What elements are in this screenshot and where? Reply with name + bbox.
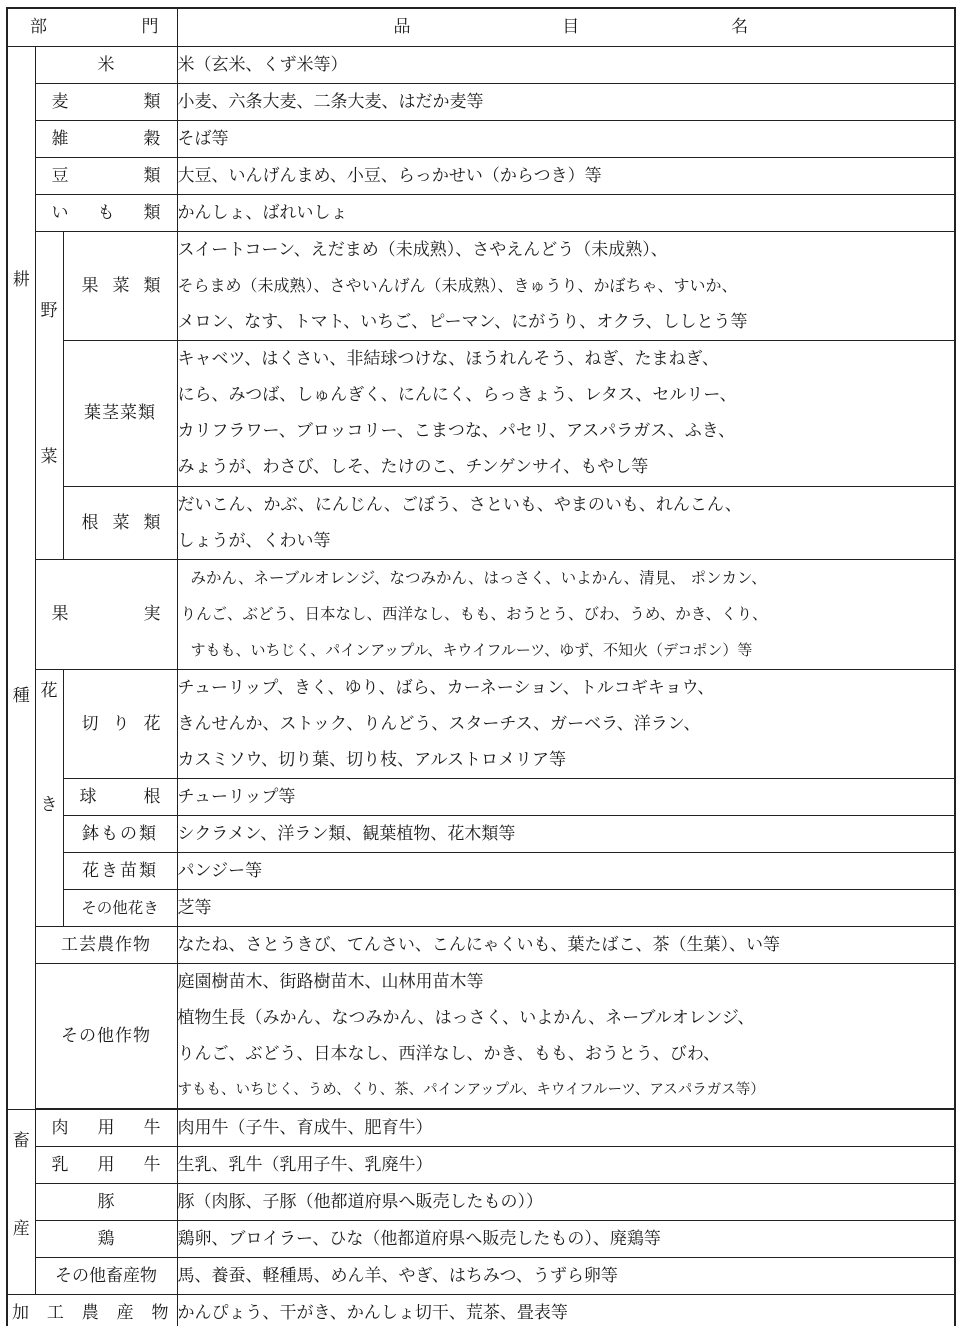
table-row: 工芸農作物 なたね、さとうきび、てんさい、こんにゃくいも、葉たばこ、茶（生葉）、… [7, 926, 955, 963]
label-char: も [98, 195, 115, 231]
category-other-crops: その他作物 [35, 963, 177, 1108]
item-line: みかん、ネーブルオレンジ、なつみかん、はっさく、いよかん、清見、 ポンカン、 [181, 560, 955, 596]
item-line: すもも、いちじく、うめ、くり、茶、パインアップル、キウイフルーツ、アスパラガス等… [178, 1072, 955, 1108]
table-row: 麦類 小麦、六条大麦、二条大麦、はだか麦等 [7, 83, 955, 120]
item-line: しょうが、くわい等 [178, 523, 955, 559]
header-items-char: 品 [393, 9, 410, 45]
items-fruit-veg: スイートコーン、えだまめ（未成熟）、さやえんどう（未成熟）、 そらまめ（未成熟）… [177, 231, 955, 340]
items-other-livestock: 馬、養蚕、軽種馬、めん羊、やぎ、はちみつ、うずら卵等 [177, 1257, 955, 1294]
label-char: 物 [152, 1295, 169, 1326]
label-char: 切 [82, 706, 99, 742]
flowers-group-label: 花 き [35, 669, 63, 926]
items-beef: 肉用牛（子牛、育成牛、肥育牛） [177, 1109, 955, 1146]
group-label-char: 耕 [8, 262, 35, 298]
label-char: 球 [80, 779, 97, 815]
items-potted: シクラメン、洋ラン類、観葉植物、花木類等 [177, 815, 955, 852]
category-root-veg: 根菜類 [63, 486, 177, 559]
label-char: 類 [144, 84, 161, 120]
label-char: 果 [82, 268, 99, 304]
label-char: 根 [82, 505, 99, 541]
category-processed: 加 工 農 産 物 [7, 1294, 177, 1326]
table-row: その他作物 庭園樹苗木、街路樹苗木、山林用苗木等 植物生長（みかん、なつみかん、… [7, 963, 955, 1108]
label-char: 産 [117, 1295, 134, 1326]
category-leaf-veg: 葉茎菜類 [63, 340, 177, 486]
cultivation-group-label: 耕 種 [7, 46, 35, 1109]
items-chicken: 鶏卵、ブロイラー、ひな（他都道府県へ販売したもの）、廃鶏等 [177, 1220, 955, 1257]
table-row: 花き苗類 パンジー等 [7, 852, 955, 889]
vegetables-group-label: 野 菜 [35, 231, 63, 559]
label-char: 工 [47, 1295, 64, 1326]
label-char: 乳 [52, 1147, 69, 1183]
item-line: きんせんか、ストック、りんどう、スターチス、ガーベラ、洋ラン、 [178, 706, 955, 742]
table-row: 乳用牛 生乳、乳牛（乳用子牛、乳廃牛） [7, 1146, 955, 1183]
items-seedlings: パンジー等 [177, 852, 955, 889]
item-line: りんご、ぶどう、日本なし、西洋なし、もも、おうとう、びわ、うめ、かき、くり、 [181, 596, 955, 632]
table-row: 野 菜 果菜類 スイートコーン、えだまめ（未成熟）、さやえんどう（未成熟）、 そ… [7, 231, 955, 340]
item-line: カリフラワー、ブロッコリー、こまつな、パセリ、アスパラガス、ふき、 [178, 413, 955, 449]
category-industrial: 工芸農作物 [35, 926, 177, 963]
category-other-livestock: その他畜産物 [35, 1257, 177, 1294]
label-char: 類 [144, 195, 161, 231]
label-char: 果 [52, 596, 69, 632]
items-other-crops: 庭園樹苗木、街路樹苗木、山林用苗木等 植物生長（みかん、なつみかん、はっさく、い… [177, 963, 955, 1108]
header-items-char: 目 [562, 9, 579, 45]
items-leaf-veg: キャベツ、はくさい、非結球つけな、ほうれんそう、ねぎ、たまねぎ、 にら、みつば、… [177, 340, 955, 486]
label-char: 菜 [113, 505, 130, 541]
table-row: 葉茎菜類 キャベツ、はくさい、非結球つけな、ほうれんそう、ねぎ、たまねぎ、 にら… [7, 340, 955, 486]
table-row: 畜 産 肉用牛 肉用牛（子牛、育成牛、肥育牛） [7, 1109, 955, 1146]
header-items-cell: 品 目 名 [177, 8, 955, 46]
item-line: みょうが、わさび、しそ、たけのこ、チンゲンサイ、もやし等 [178, 449, 955, 485]
category-wheat: 麦類 [35, 83, 177, 120]
label-char: 牛 [144, 1147, 161, 1183]
item-line: 植物生長（みかん、なつみかん、はっさく、いよかん、ネーブルオレンジ、 [178, 1000, 955, 1036]
label-char: 花 [144, 706, 161, 742]
header-section-char: 門 [142, 9, 159, 45]
category-potted: 鉢もの類 [63, 815, 177, 852]
items-bulbs: チューリップ等 [177, 778, 955, 815]
label-char: 豆 [52, 158, 69, 194]
group-label-char: 菜 [41, 439, 58, 475]
label-char: 加 [12, 1295, 29, 1326]
table-row: 鉢もの類 シクラメン、洋ラン類、観葉植物、花木類等 [7, 815, 955, 852]
items-beans: 大豆、いんげんまめ、小豆、らっかせい（からつき）等 [177, 157, 955, 194]
items-dairy: 生乳、乳牛（乳用子牛、乳廃牛） [177, 1146, 955, 1183]
category-beans: 豆類 [35, 157, 177, 194]
label-char: 菜 [113, 268, 130, 304]
category-pig: 豚 [35, 1183, 177, 1220]
table-row: 雑穀 そば等 [7, 120, 955, 157]
label-char: 農 [82, 1295, 99, 1326]
item-line: 庭園樹苗木、街路樹苗木、山林用苗木等 [178, 964, 955, 1000]
label-char: 麦 [52, 84, 69, 120]
item-line: チューリップ、きく、ゆり、ばら、カーネーション、トルコギキョウ、 [178, 670, 955, 706]
label-char: 類 [144, 268, 161, 304]
category-seedlings: 花き苗類 [63, 852, 177, 889]
items-other-flowers: 芝等 [177, 889, 955, 926]
table-row: 豚 豚（肉豚、子豚（他都道府県へ販売したもの）） [7, 1183, 955, 1220]
table-row: 耕 種 米 米（玄米、くず米等） [7, 46, 955, 83]
table-row: 鶏 鶏卵、ブロイラー、ひな（他都道府県へ販売したもの）、廃鶏等 [7, 1220, 955, 1257]
items-wheat: 小麦、六条大麦、二条大麦、はだか麦等 [177, 83, 955, 120]
item-line: だいこん、かぶ、にんじん、ごぼう、さといも、やまのいも、れんこん、 [178, 487, 955, 523]
table-row: その他花き 芝等 [7, 889, 955, 926]
items-industrial: なたね、さとうきび、てんさい、こんにゃくいも、葉たばこ、茶（生葉）、い等 [177, 926, 955, 963]
items-pig: 豚（肉豚、子豚（他都道府県へ販売したもの）） [177, 1183, 955, 1220]
header-section-char: 部 [30, 9, 47, 45]
label-char: 根 [144, 779, 161, 815]
category-beef: 肉用牛 [35, 1109, 177, 1146]
items-root-veg: だいこん、かぶ、にんじん、ごぼう、さといも、やまのいも、れんこん、 しょうが、く… [177, 486, 955, 559]
category-rice: 米 [35, 46, 177, 83]
group-label-char: き [41, 787, 58, 823]
table-row: いも類 かんしょ、ばれいしょ [7, 194, 955, 231]
livestock-group-label: 畜 産 [7, 1109, 35, 1294]
category-chicken: 鶏 [35, 1220, 177, 1257]
category-other-flowers: その他花き [63, 889, 177, 926]
table-row: 豆類 大豆、いんげんまめ、小豆、らっかせい（からつき）等 [7, 157, 955, 194]
item-line: カスミソウ、切り葉、切り枝、アルストロメリア等 [178, 742, 955, 778]
header-section-cell: 部 門 [7, 8, 177, 46]
label-char: 穀 [144, 121, 161, 157]
item-line: にら、みつば、しゅんぎく、にんにく、らっきょう、レタス、セルリー、 [178, 377, 955, 413]
header-row: 部 門 品 目 名 [7, 8, 955, 46]
item-line: そらまめ（未成熟）、さやいんげん（未成熟）、きゅうり、かぼちゃ、すいか、 [178, 268, 955, 304]
label-char: り [113, 706, 130, 742]
header-items-char: 名 [731, 9, 748, 45]
label-char: い [52, 195, 69, 231]
label-char: 用 [98, 1110, 115, 1146]
category-grains: 雑穀 [35, 120, 177, 157]
items-processed: かんぴょう、干がき、かんしょ切干、荒茶、畳表等 [177, 1294, 955, 1326]
table-row: 花 き 切り花 チューリップ、きく、ゆり、ばら、カーネーション、トルコギキョウ、… [7, 669, 955, 778]
category-fruit-veg: 果菜類 [63, 231, 177, 340]
items-grains: そば等 [177, 120, 955, 157]
group-label-char: 種 [8, 678, 35, 714]
label-char: 用 [98, 1147, 115, 1183]
items-rice: 米（玄米、くず米等） [177, 46, 955, 83]
category-cut-flowers: 切り花 [63, 669, 177, 778]
category-potatoes: いも類 [35, 194, 177, 231]
table-row: 果実 みかん、ネーブルオレンジ、なつみかん、はっさく、いよかん、清見、 ポンカン… [7, 559, 955, 669]
label-char: 類 [144, 158, 161, 194]
items-fruit: みかん、ネーブルオレンジ、なつみかん、はっさく、いよかん、清見、 ポンカン、 り… [177, 559, 955, 669]
label-char: 牛 [144, 1110, 161, 1146]
table-row: 加 工 農 産 物 かんぴょう、干がき、かんしょ切干、荒茶、畳表等 [7, 1294, 955, 1326]
agricultural-products-table: 部 門 品 目 名 耕 種 米 米（玄米、くず米等） [6, 7, 956, 1326]
item-line: りんご、ぶどう、日本なし、西洋なし、かき、もも、おうとう、びわ、 [178, 1036, 955, 1072]
group-label-char: 花 [41, 673, 58, 709]
category-fruit: 果実 [35, 559, 177, 669]
item-line: スイートコーン、えだまめ（未成熟）、さやえんどう（未成熟）、 [178, 232, 955, 268]
table-row: 球根 チューリップ等 [7, 778, 955, 815]
category-dairy: 乳用牛 [35, 1146, 177, 1183]
item-line: すもも、いちじく、パインアップル、キウイフルーツ、ゆず、不知火（デコポン）等 [181, 632, 955, 668]
label-char: 肉 [52, 1110, 69, 1146]
category-bulbs: 球根 [63, 778, 177, 815]
group-label-char: 野 [41, 293, 58, 329]
items-potatoes: かんしょ、ばれいしょ [177, 194, 955, 231]
item-line: キャベツ、はくさい、非結球つけな、ほうれんそう、ねぎ、たまねぎ、 [178, 341, 955, 377]
label-char: 雑 [52, 121, 69, 157]
table-row: その他畜産物 馬、養蚕、軽種馬、めん羊、やぎ、はちみつ、うずら卵等 [7, 1257, 955, 1294]
group-label-char: 産 [13, 1211, 30, 1247]
item-line: メロン、なす、トマト、いちご、ピーマン、にがうり、オクラ、ししとう等 [178, 304, 955, 340]
group-label-char: 畜 [13, 1123, 30, 1159]
label-char: 実 [144, 596, 161, 632]
table-row: 根菜類 だいこん、かぶ、にんじん、ごぼう、さといも、やまのいも、れんこん、 しょ… [7, 486, 955, 559]
items-cut-flowers: チューリップ、きく、ゆり、ばら、カーネーション、トルコギキョウ、 きんせんか、ス… [177, 669, 955, 778]
label-char: 類 [144, 505, 161, 541]
